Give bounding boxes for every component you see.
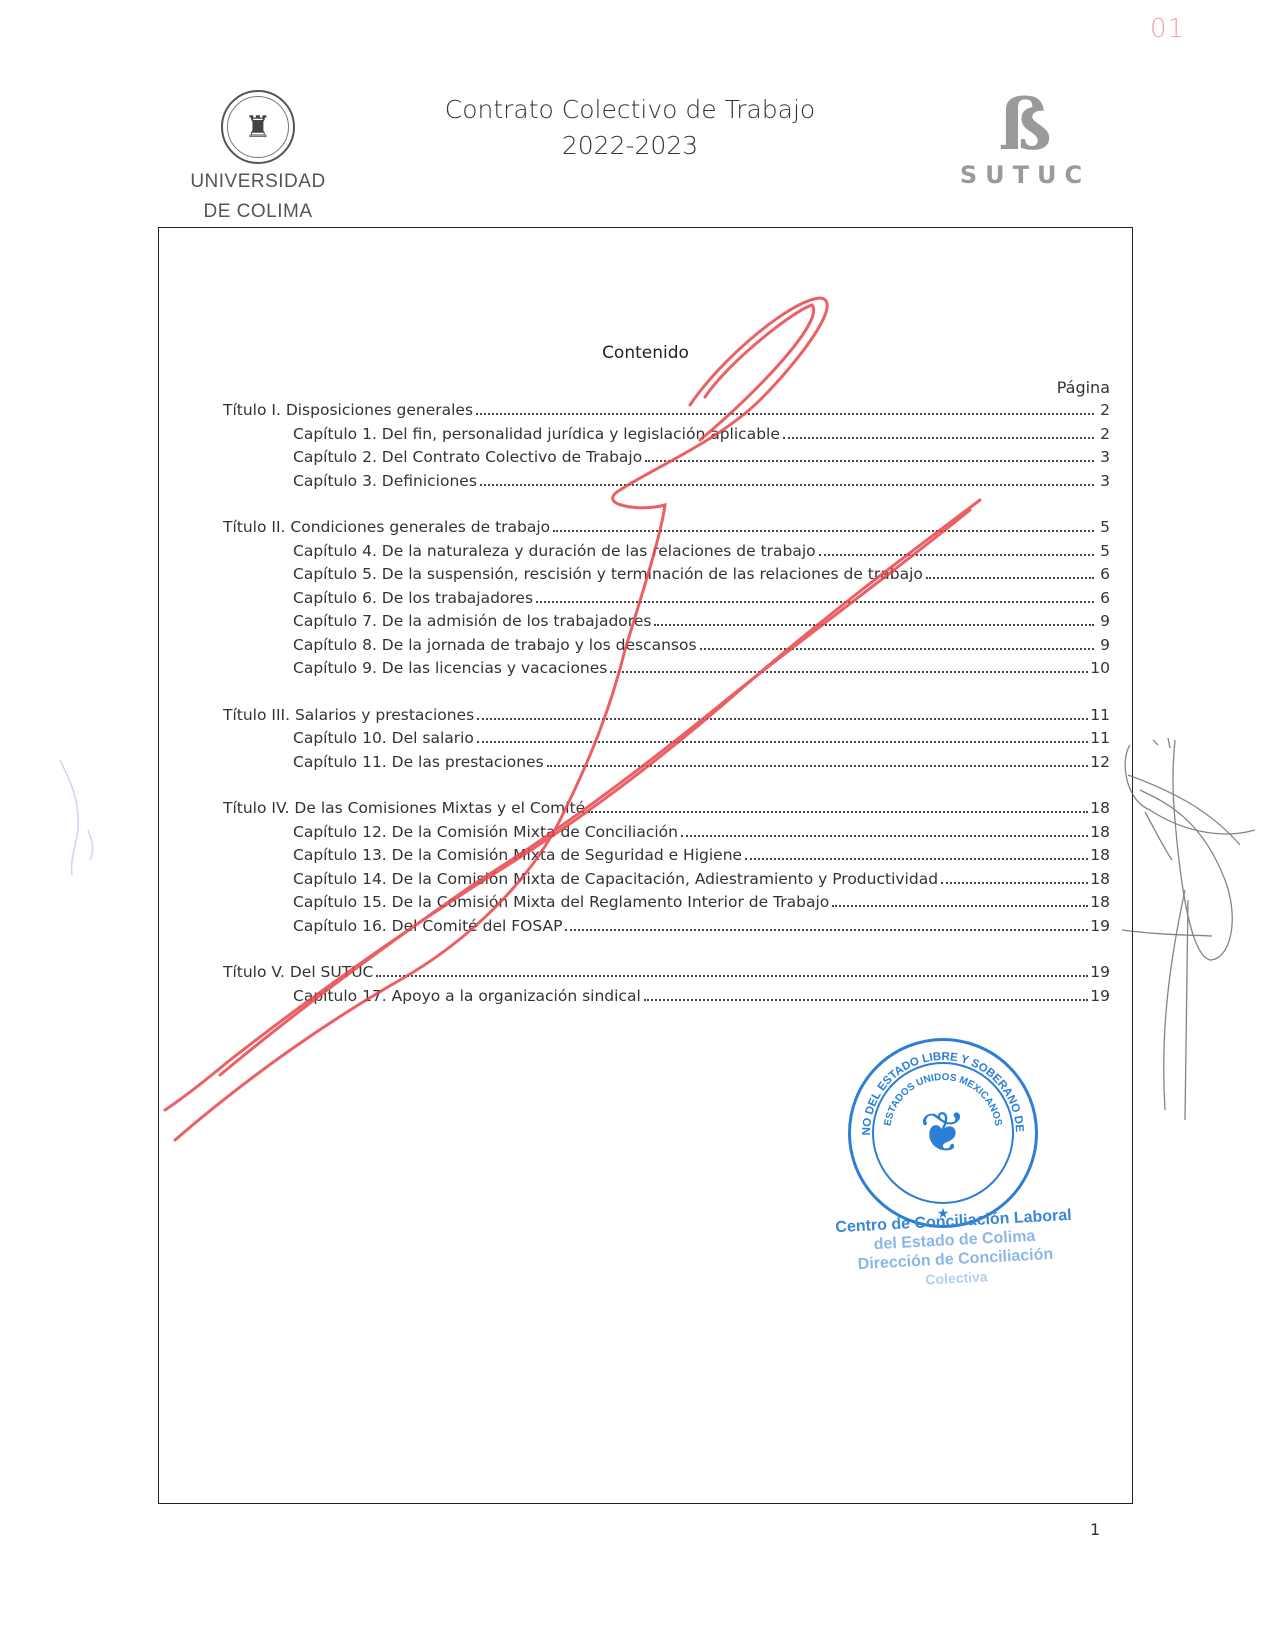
toc-chapter-row[interactable]: Capítulo 15. De la Comisión Mixta del Re… — [223, 893, 1110, 917]
toc-entry-page: 2 — [1096, 425, 1110, 443]
dot-leader — [745, 858, 1088, 860]
toc-entry-label: Título V. Del SUTUC — [223, 963, 373, 981]
dot-leader — [536, 601, 1094, 603]
toc-chapter-row[interactable]: Capítulo 7. De la admisión de los trabaj… — [223, 612, 1110, 636]
document-title-line2: 2022-2023 — [400, 128, 860, 164]
toc-entry-page: 18 — [1090, 799, 1110, 817]
toc-chapter-row[interactable]: Capítulo 11. De las prestaciones12 — [223, 753, 1110, 777]
toc-entry-page: 12 — [1090, 753, 1110, 771]
dot-leader — [553, 530, 1094, 532]
toc-entry-page: 6 — [1096, 589, 1110, 607]
toc-entry-label: Capítulo 16. Del Comité del FOSAP — [293, 917, 562, 935]
university-logo: ♜ UNIVERSIDAD DE COLIMA — [178, 90, 338, 224]
toc-entry-label: Capítulo 5. De la suspensión, rescisión … — [293, 565, 923, 583]
toc-entry-page: 2 — [1096, 401, 1110, 419]
sutuc-logo: ß SUTUC — [955, 85, 1095, 189]
dot-leader — [926, 577, 1094, 579]
toc-group: Título V. Del SUTUC19Capítulo 17. Apoyo … — [223, 963, 1110, 1010]
toc-title-row[interactable]: Título III. Salarios y prestaciones11 — [223, 706, 1110, 730]
toc-entry-label: Capítulo 4. De la naturaleza y duración … — [293, 542, 816, 560]
university-seal-icon: ♜ — [221, 90, 295, 164]
toc-chapter-row[interactable]: Capítulo 3. Definiciones3 — [223, 472, 1110, 496]
dot-leader — [819, 554, 1094, 556]
toc-entry-page: 6 — [1096, 565, 1110, 583]
dot-leader — [644, 999, 1089, 1001]
table-of-contents: Título I. Disposiciones generales2Capítu… — [223, 401, 1110, 1033]
toc-entry-page: 5 — [1096, 542, 1110, 560]
toc-entry-label: Capítulo 7. De la admisión de los trabaj… — [293, 612, 651, 630]
toc-entry-page: 18 — [1090, 846, 1110, 864]
dot-leader — [645, 460, 1094, 462]
toc-entry-label: Título IV. De las Comisiones Mixtas y el… — [223, 799, 585, 817]
toc-chapter-row[interactable]: Capítulo 16. Del Comité del FOSAP19 — [223, 917, 1110, 941]
toc-title-row[interactable]: Título V. Del SUTUC19 — [223, 963, 1110, 987]
toc-chapter-row[interactable]: Capítulo 17. Apoyo a la organización sin… — [223, 987, 1110, 1011]
toc-entry-page: 19 — [1090, 963, 1110, 981]
toc-entry-label: Capítulo 15. De la Comisión Mixta del Re… — [293, 893, 829, 911]
dot-leader — [654, 624, 1094, 626]
toc-entry-page: 5 — [1096, 518, 1110, 536]
document-title-line1: Contrato Colectivo de Trabajo — [400, 92, 860, 128]
sutuc-logo-text: SUTUC — [955, 161, 1095, 189]
toc-chapter-row[interactable]: Capítulo 14. De la Comisión Mixta de Cap… — [223, 870, 1110, 894]
dot-leader — [700, 648, 1094, 650]
faint-blue-smudge — [60, 760, 93, 875]
toc-entry-page: 18 — [1090, 823, 1110, 841]
eagle-crest-icon: ♜ — [245, 110, 272, 145]
toc-entry-page: 9 — [1096, 612, 1110, 630]
toc-entry-page: 18 — [1090, 870, 1110, 888]
dot-leader — [832, 905, 1088, 907]
dot-leader — [477, 741, 1088, 743]
toc-entry-label: Capítulo 12. De la Comisión Mixta de Con… — [293, 823, 678, 841]
toc-entry-page: 11 — [1090, 706, 1110, 724]
toc-entry-label: Capítulo 1. Del fin, personalidad jurídi… — [293, 425, 780, 443]
toc-chapter-row[interactable]: Capítulo 5. De la suspensión, rescisión … — [223, 565, 1110, 589]
dot-leader — [477, 718, 1088, 720]
toc-entry-label: Capítulo 9. De las licencias y vacacione… — [293, 659, 607, 677]
toc-entry-label: Capítulo 6. De los trabajadores — [293, 589, 533, 607]
page-column-label: Página — [1057, 378, 1110, 397]
toc-entry-page: 19 — [1090, 917, 1110, 935]
dot-leader — [588, 811, 1088, 813]
toc-entry-label: Capítulo 3. Definiciones — [293, 472, 477, 490]
toc-chapter-row[interactable]: Capítulo 13. De la Comisión Mixta de Seg… — [223, 846, 1110, 870]
toc-group: Título II. Condiciones generales de trab… — [223, 518, 1110, 683]
toc-entry-page: 11 — [1090, 729, 1110, 747]
corner-mark: 01 — [1150, 14, 1185, 44]
university-name-line1: UNIVERSIDAD — [178, 170, 338, 194]
page-number: 1 — [1090, 1520, 1100, 1539]
toc-group: Título III. Salarios y prestaciones11Cap… — [223, 706, 1110, 777]
toc-group: Título I. Disposiciones generales2Capítu… — [223, 401, 1110, 495]
toc-chapter-row[interactable]: Capítulo 12. De la Comisión Mixta de Con… — [223, 823, 1110, 847]
toc-chapter-row[interactable]: Capítulo 10. Del salario11 — [223, 729, 1110, 753]
mexican-coat-of-arms-icon: ❦ — [920, 1101, 967, 1166]
toc-title-row[interactable]: Título II. Condiciones generales de trab… — [223, 518, 1110, 542]
toc-entry-label: Capítulo 8. De la jornada de trabajo y l… — [293, 636, 697, 654]
toc-heading: Contenido — [159, 343, 1132, 363]
toc-title-row[interactable]: Título I. Disposiciones generales2 — [223, 401, 1110, 425]
toc-title-row[interactable]: Título IV. De las Comisiones Mixtas y el… — [223, 799, 1110, 823]
signature — [1122, 738, 1255, 1120]
toc-entry-page: 9 — [1096, 636, 1110, 654]
toc-entry-label: Capítulo 13. De la Comisión Mixta de Seg… — [293, 846, 742, 864]
dot-leader — [376, 975, 1088, 977]
dot-leader — [941, 882, 1088, 884]
toc-chapter-row[interactable]: Capítulo 4. De la naturaleza y duración … — [223, 542, 1110, 566]
toc-chapter-row[interactable]: Capítulo 9. De las licencias y vacacione… — [223, 659, 1110, 683]
toc-chapter-row[interactable]: Capítulo 6. De los trabajadores6 — [223, 589, 1110, 613]
toc-entry-label: Capítulo 11. De las prestaciones — [293, 753, 544, 771]
dot-leader — [565, 929, 1088, 931]
toc-group: Título IV. De las Comisiones Mixtas y el… — [223, 799, 1110, 940]
toc-chapter-row[interactable]: Capítulo 8. De la jornada de trabajo y l… — [223, 636, 1110, 660]
document-title: Contrato Colectivo de Trabajo 2022-2023 — [400, 92, 860, 164]
toc-entry-label: Título II. Condiciones generales de trab… — [223, 518, 550, 536]
toc-entry-label: Título I. Disposiciones generales — [223, 401, 473, 419]
dot-leader — [783, 437, 1094, 439]
toc-entry-label: Título III. Salarios y prestaciones — [223, 706, 474, 724]
official-stamp: GOBIERNO DEL ESTADO LIBRE Y SOBERANO DE … — [848, 1038, 1038, 1228]
sutuc-logo-icon: ß — [955, 85, 1095, 165]
dot-leader — [476, 413, 1094, 415]
dot-leader — [547, 765, 1089, 767]
toc-entry-label: Capítulo 2. Del Contrato Colectivo de Tr… — [293, 448, 642, 466]
toc-entry-label: Capítulo 14. De la Comisión Mixta de Cap… — [293, 870, 938, 888]
toc-entry-page: 3 — [1096, 472, 1110, 490]
stamp-caption: Centro de Conciliación Laboral del Estad… — [833, 1206, 1077, 1294]
dot-leader — [480, 484, 1094, 486]
toc-entry-label: Capítulo 10. Del salario — [293, 729, 474, 747]
university-name-line2: DE COLIMA — [178, 200, 338, 224]
content-frame: Contenido Página Título I. Disposiciones… — [158, 227, 1133, 1504]
toc-entry-page: 3 — [1096, 448, 1110, 466]
dot-leader — [681, 835, 1088, 837]
toc-entry-label: Capítulo 17. Apoyo a la organización sin… — [293, 987, 641, 1005]
toc-entry-page: 10 — [1090, 659, 1110, 677]
toc-entry-page: 18 — [1090, 893, 1110, 911]
toc-chapter-row[interactable]: Capítulo 1. Del fin, personalidad jurídi… — [223, 425, 1110, 449]
toc-chapter-row[interactable]: Capítulo 2. Del Contrato Colectivo de Tr… — [223, 448, 1110, 472]
toc-entry-page: 19 — [1090, 987, 1110, 1005]
dot-leader — [610, 671, 1088, 673]
